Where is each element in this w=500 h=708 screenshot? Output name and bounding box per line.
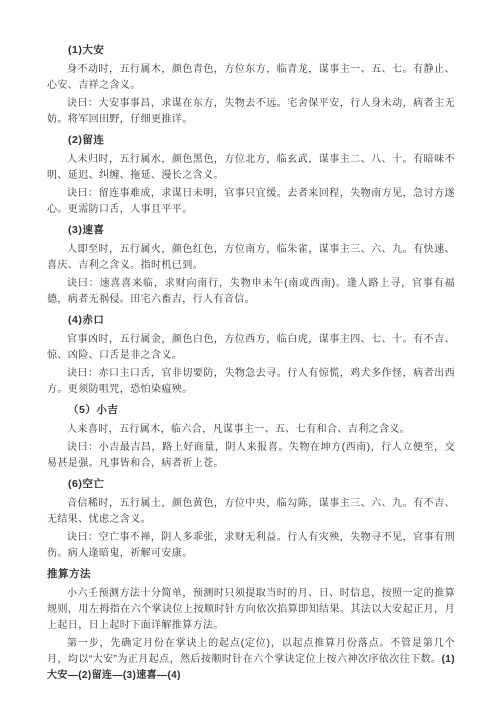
section-heading: (1)大安 (47, 42, 455, 58)
closing-paragraph: 第一步，先确定月份在掌诀上的起点(定位)，以起点推算月份落点。不管是第几个月，均… (47, 636, 455, 684)
document-page: (1)大安身不动时，五行属木，颜色青色，方位东方，临青龙，谋事主一、五、七。有静… (0, 0, 500, 708)
section-paragraph: 诀曰：留连事难成，求谋日未明，官事只宜缓。去者来回程，失物南方见，急讨方遂心。更… (47, 186, 455, 218)
section-paragraph: 诀曰：大安事事昌，求谋在东方，失物去不远。宅舍保平安，行人身未动，病者主无妨。将… (47, 96, 455, 128)
section-paragraph: 小六壬预测方法十分简单，预测时只须提取当时的月、日、时信息，按照一定的推算规则，… (47, 586, 455, 634)
section-paragraph: 官事凶时，五行属金，颜色白色，方位西方，临白虎，谋事主四、七、十。有不吉、惊、凶… (47, 332, 455, 364)
section-heading: (2)留连 (47, 132, 455, 148)
section-paragraph: 人未归时，五行属水，颜色黑色，方位北方，临玄武，谋事主二、八、十。有暗味不明、延… (47, 152, 455, 184)
section-heading: （5）小吉 (47, 402, 455, 418)
closing-paragraph-text: 第一步，先确定月份在掌诀上的起点(定位)，以起点推算月份落点。不管是第几个月，均… (47, 638, 455, 665)
section-paragraph: 诀曰：速喜喜来临，求财向南行，失物申未午(南或西南)。逢人路上寻，官事有福德，病… (47, 276, 455, 308)
section-paragraph: 身不动时，五行属木，颜色青色，方位东方，临青龙，谋事主一、五、七。有静止、心安、… (47, 62, 455, 94)
section-heading: (6)空亡 (47, 476, 455, 492)
sections-container: (1)大安身不动时，五行属木，颜色青色，方位东方，临青龙，谋事主一、五、七。有静… (47, 42, 455, 634)
section-heading: (4)赤口 (47, 312, 455, 328)
section-paragraph: 诀曰：赤口主口舌，官非切要防，失物急去寻。行人有惊慌，鸡犬多作怪，病者出西方。更… (47, 366, 455, 398)
section-paragraph: 人来喜时，五行属木，临六合，凡谋事主一、五、七有和合、吉利之含义。 (47, 422, 455, 438)
section-paragraph: 音信稀时，五行属土，颜色黄色，方位中央，临勾陈，谋事主三、六、九。有不吉、无结果… (47, 496, 455, 528)
section-paragraph: 诀曰：小吉最吉昌，路上好商量，阴人来报喜。失物在坤方(西南)，行人立便至，交易甚… (47, 440, 455, 472)
section-heading: 推算方法 (47, 566, 455, 582)
section-paragraph: 人即至时，五行属火，颜色红色，方位南方，临朱雀，谋事主三、六、九。有快速、喜庆、… (47, 242, 455, 274)
section-paragraph: 诀曰：空亡事不禅，阴人多乖张，求财无利益。行人有灾殃，失物寻不见，官事有刑伤。病… (47, 530, 455, 562)
section-heading: (3)速喜 (47, 222, 455, 238)
